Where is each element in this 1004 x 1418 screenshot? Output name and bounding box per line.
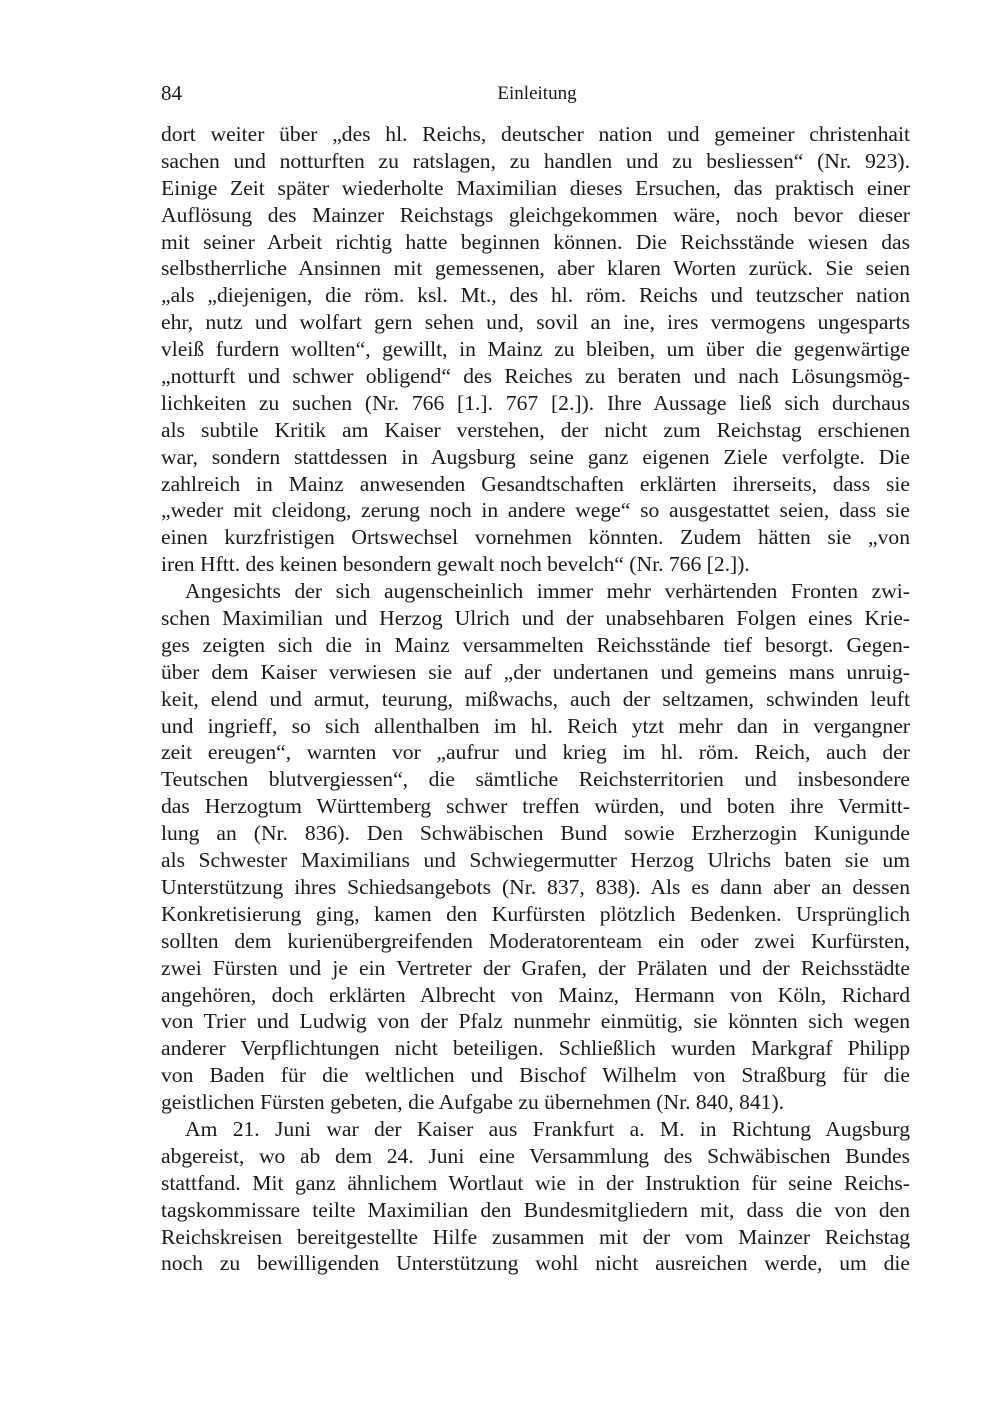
text-line: tagskommissare teilte Maximilian den Bun…: [161, 1197, 910, 1224]
text-line: und ingrieff, so sich allenthalben im hl…: [161, 713, 910, 740]
text-line: als subtile Kritik am Kaiser verstehen, …: [161, 417, 910, 444]
text-line: Am 21. Juni war der Kaiser aus Frankfurt…: [161, 1116, 910, 1143]
paragraph: Angesichts der sich augenscheinlich imme…: [161, 578, 910, 1116]
text-line: schen Maximilian und Herzog Ulrich und d…: [161, 605, 910, 632]
text-line: Angesichts der sich augenscheinlich imme…: [161, 578, 910, 605]
text-line: vleiß furdern wollten“, gewillt, in Main…: [161, 336, 910, 363]
text-line: von Trier und Ludwig von der Pfalz nunme…: [161, 1008, 910, 1035]
text-line: als Schwester Maximilians und Schwiegerm…: [161, 847, 910, 874]
text-line: sollten dem kurienübergreifenden Moderat…: [161, 928, 910, 955]
text-line: zwei Fürsten und je ein Vertreter der Gr…: [161, 955, 910, 982]
book-page: 84 Einleitung dort weiter über „des hl. …: [0, 0, 1004, 1418]
text-line: geistlichen Fürsten gebeten, die Aufgabe…: [161, 1089, 910, 1116]
text-line: Reichskreisen bereitgestellte Hilfe zusa…: [161, 1224, 910, 1251]
text-line: noch zu bewilligenden Unterstützung wohl…: [161, 1250, 910, 1277]
text-line: iren Hftt. des keinen besondern gewalt n…: [161, 551, 910, 578]
text-line: angehören, doch erklärten Albrecht von M…: [161, 982, 910, 1009]
text-line: ges zeigten sich die in Mainz versammelt…: [161, 632, 910, 659]
text-line: keit, elend und armut, teurung, mißwachs…: [161, 686, 910, 713]
text-line: lichkeiten zu suchen (Nr. 766 [1.]. 767 …: [161, 390, 910, 417]
text-line: „notturft und schwer obligend“ des Reich…: [161, 363, 910, 390]
text-line: von Baden für die weltlichen und Bischof…: [161, 1062, 910, 1089]
text-line: Teutschen blutvergiessen“, die sämtliche…: [161, 766, 910, 793]
text-line: „als „diejenigen, die röm. ksl. Mt., des…: [161, 282, 910, 309]
text-line: war, sondern stattdessen in Augsburg sei…: [161, 444, 910, 471]
text-line: dort weiter über „des hl. Reichs, deutsc…: [161, 121, 910, 148]
text-line: stattfand. Mit ganz ähnlichem Wortlaut w…: [161, 1170, 910, 1197]
text-line: einen kurzfristigen Ortswechsel vornehme…: [161, 524, 910, 551]
text-line: anderer Verpflichtungen nicht beteiligen…: [161, 1035, 910, 1062]
text-line: Einige Zeit später wiederholte Maximilia…: [161, 175, 910, 202]
text-line: ehr, nutz und wolfart gern sehen und, so…: [161, 309, 910, 336]
text-line: Auflösung des Mainzer Reichstags gleichg…: [161, 202, 910, 229]
text-line: zahlreich in Mainz anwesenden Gesandtsch…: [161, 471, 910, 498]
text-line: mit seiner Arbeit richtig hatte beginnen…: [161, 229, 910, 256]
text-line: Konkretisierung ging, kamen den Kurfürst…: [161, 901, 910, 928]
paragraph: dort weiter über „des hl. Reichs, deutsc…: [161, 121, 910, 578]
text-line: „weder mit cleidong, zerung noch in ande…: [161, 497, 910, 524]
running-title: Einleitung: [0, 82, 1004, 106]
text-line: sachen und notturften zu ratslagen, zu h…: [161, 148, 910, 175]
text-line: abgereist, wo ab dem 24. Juni eine Versa…: [161, 1143, 910, 1170]
text-line: lung an (Nr. 836). Den Schwäbischen Bund…: [161, 820, 910, 847]
text-line: über dem Kaiser verwiesen sie auf „der u…: [161, 659, 910, 686]
paragraph: Am 21. Juni war der Kaiser aus Frankfurt…: [161, 1116, 910, 1277]
body-text: dort weiter über „des hl. Reichs, deutsc…: [161, 121, 910, 1277]
text-line: selbstherrliche Ansinnen mit gemessenen,…: [161, 255, 910, 282]
text-line: zeit ereugen“, warnten vor „aufrur und k…: [161, 739, 910, 766]
text-line: Unterstützung ihres Schiedsangebots (Nr.…: [161, 874, 910, 901]
text-line: das Herzogtum Württemberg schwer treffen…: [161, 793, 910, 820]
